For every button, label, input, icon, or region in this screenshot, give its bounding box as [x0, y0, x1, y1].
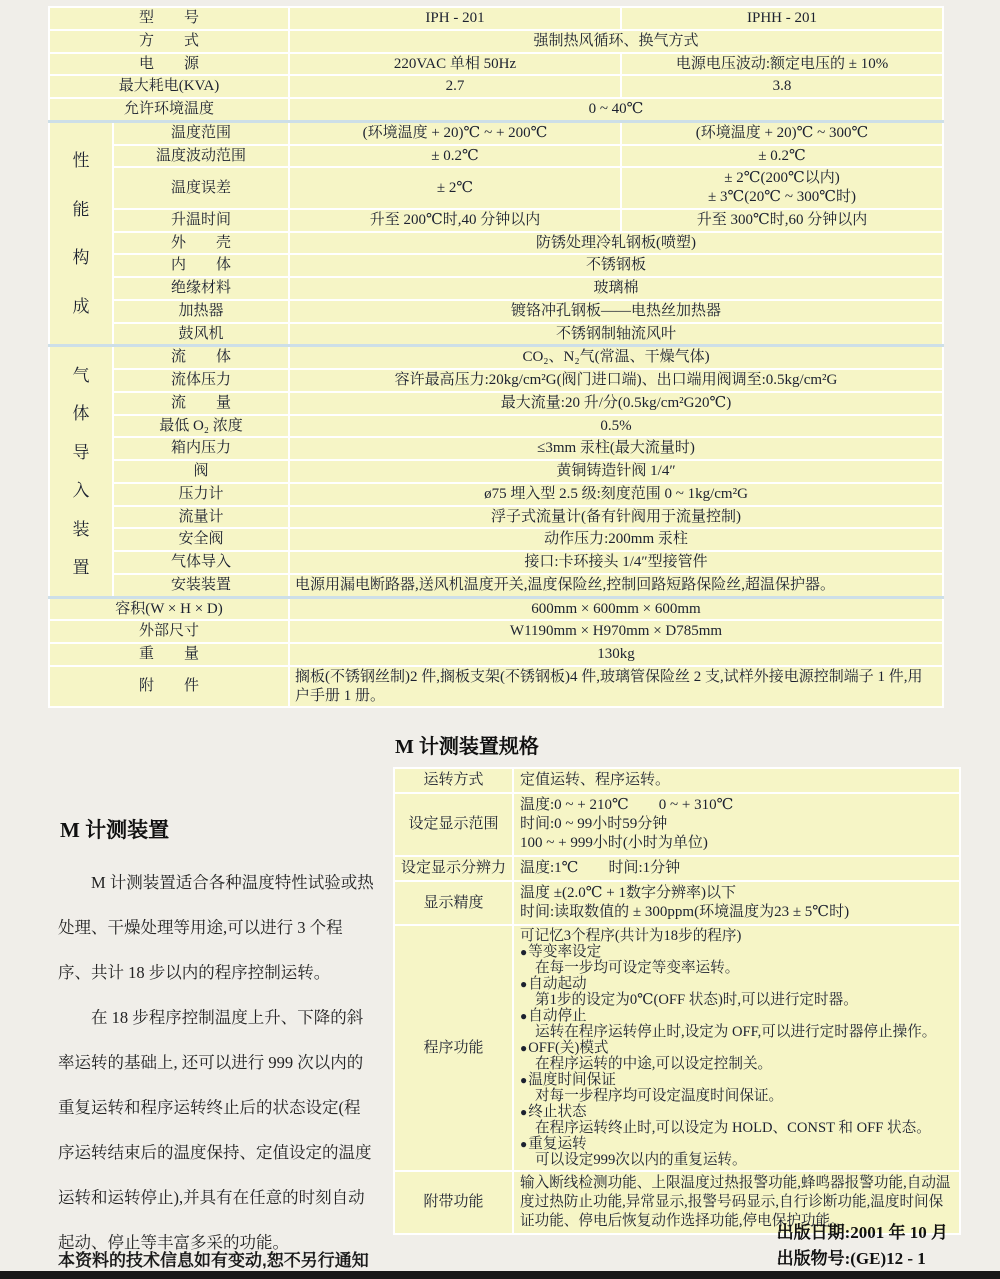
- row-label: 流 量: [113, 392, 289, 415]
- spec-row-fluid: 气 体 导 入 装 置 流 体 CO₂、N₂气(常温、干燥气体): [49, 346, 943, 369]
- spec-row-ambient: 允许环境温度 0 ~ 40℃: [49, 98, 943, 121]
- group-label-performance: 性 能 构 成: [49, 121, 113, 346]
- row-label: 显示精度: [394, 881, 513, 925]
- spec-row-safety-valve: 安全阀 动作压力:200mm 汞柱: [49, 528, 943, 551]
- row-label: 升温时间: [113, 209, 289, 232]
- row-label: 安全阀: [113, 528, 289, 551]
- row-label: 允许环境温度: [49, 98, 289, 121]
- m-spec-title: M 计测装置规格: [395, 730, 959, 759]
- row-value-iphh: 电源电压波动:额定电压的 ± 10%: [621, 53, 943, 76]
- spec-row-model: 型 号 IPH - 201 IPHH - 201: [49, 7, 943, 30]
- row-label: 外 壳: [113, 232, 289, 255]
- m-row-program: 程序功能 可记忆3个程序(共计为18步的程序) ●等变率设定 在每一步均可设定等…: [394, 925, 960, 1171]
- spec-table: 型 号 IPH - 201 IPHH - 201 方 式 强制热风循环、换气方式…: [48, 6, 944, 708]
- row-value-iphh: IPHH - 201: [621, 7, 943, 30]
- group-label-gas-intro: 气 体 导 入 装 置: [49, 346, 113, 597]
- middle-section: M 计测装置 M 计测装置适合各种温度特性试验或热处理、干燥处理等用途,可以进行…: [58, 728, 1000, 1265]
- row-value: 强制热风循环、换气方式: [289, 30, 943, 53]
- footer-note: 本资料的技术信息如有变动,恕不另行通知: [58, 1246, 369, 1271]
- spec-row-power: 电 源 220VAC 单相 50Hz 电源电压波动:额定电压的 ± 10%: [49, 53, 943, 76]
- row-label: 最低 O₂ 浓度: [113, 415, 289, 438]
- m-row-set-range: 设定显示范围 温度:0 ~ + 210℃ 0 ~ + 310℃ 时间:0 ~ 9…: [394, 793, 960, 856]
- m-spec-table: 运转方式 定值运转、程序运转。 设定显示范围 温度:0 ~ + 210℃ 0 ~…: [393, 767, 961, 1235]
- spec-row-temp-range: 性 能 构 成 温度范围 (环境温度 + 20)℃ ~ + 200℃ (环境温度…: [49, 121, 943, 144]
- row-value: 温度:0 ~ + 210℃ 0 ~ + 310℃ 时间:0 ~ 99小时59分钟…: [513, 793, 960, 856]
- row-value-iphh: 升至 300℃时,60 分钟以内: [621, 209, 943, 232]
- spec-row-fluid-pressure: 流体压力 容许最高压力:20kg/cm²G(阀门进口端)、出口端用阀调至:0.5…: [49, 369, 943, 392]
- row-value: W1190mm × H970mm × D785mm: [289, 620, 943, 643]
- spec-row-weight: 重 量 130kg: [49, 643, 943, 666]
- row-value: 动作压力:200mm 汞柱: [289, 528, 943, 551]
- row-value-iphh: ± 2℃(200℃以内) ± 3℃(20℃ ~ 300℃时): [621, 167, 943, 209]
- intro-column: M 计测装置 M 计测装置适合各种温度特性试验或热处理、干燥处理等用途,可以进行…: [58, 728, 374, 1265]
- row-value-iphh: ± 0.2℃: [621, 145, 943, 168]
- row-value-iph: 220VAC 单相 50Hz: [289, 53, 621, 76]
- row-label: 流体压力: [113, 369, 289, 392]
- row-label: 运转方式: [394, 768, 513, 793]
- row-value: 不锈钢制轴流风叶: [289, 323, 943, 346]
- row-value-iph: 2.7: [289, 75, 621, 98]
- bullet-icon: ●: [520, 945, 527, 959]
- spec-row-insulation: 绝缘材料 玻璃棉: [49, 277, 943, 300]
- row-label: 最大耗电(KVA): [49, 75, 289, 98]
- row-value-iph: (环境温度 + 20)℃ ~ + 200℃: [289, 121, 621, 144]
- bullet-icon: ●: [520, 1041, 527, 1055]
- row-label: 流 体: [113, 346, 289, 369]
- spec-row-heater: 加热器 镀铬冲孔钢板——电热丝加热器: [49, 300, 943, 323]
- row-label: 阀: [113, 460, 289, 483]
- program-feature: ●温度时间保证 对每一步程序均可设定温度时间保证。: [520, 1072, 953, 1104]
- row-value: 容许最高压力:20kg/cm²G(阀门进口端)、出口端用阀调至:0.5kg/cm…: [289, 369, 943, 392]
- row-value: 镀铬冲孔钢板——电热丝加热器: [289, 300, 943, 323]
- publication-info: 出版日期:2001 年 10 月 出版物号:(GE)12 - 1: [777, 1220, 948, 1272]
- spec-row-o2: 最低 O₂ 浓度 0.5%: [49, 415, 943, 438]
- row-value-iph: ± 2℃: [289, 167, 621, 209]
- row-value-iph: 升至 200℃时,40 分钟以内: [289, 209, 621, 232]
- row-value: 防锈处理冷轧钢板(喷塑): [289, 232, 943, 255]
- bullet-icon: ●: [520, 1073, 527, 1087]
- spec-row-pressure-gauge: 压力计 ø75 埋入型 2.5 级:刻度范围 0 ~ 1kg/cm²G: [49, 483, 943, 506]
- m-row-resolution: 设定显示分辨力 温度:1℃ 时间:1分钟: [394, 856, 960, 881]
- row-label: 设定显示范围: [394, 793, 513, 856]
- row-value: 最大流量:20 升/分(0.5kg/cm²G20℃): [289, 392, 943, 415]
- row-value-iphh: 3.8: [621, 75, 943, 98]
- row-value-iphh: (环境温度 + 20)℃ ~ 300℃: [621, 121, 943, 144]
- spec-row-volume: 容积(W × H × D) 600mm × 600mm × 600mm: [49, 597, 943, 620]
- row-value: 浮子式流量计(备有针阀用于流量控制): [289, 506, 943, 529]
- row-label: 外部尺寸: [49, 620, 289, 643]
- row-value: ø75 埋入型 2.5 级:刻度范围 0 ~ 1kg/cm²G: [289, 483, 943, 506]
- spec-row-blower: 鼓风机 不锈钢制轴流风叶: [49, 323, 943, 346]
- row-label: 气体导入: [113, 551, 289, 574]
- row-value: 温度:1℃ 时间:1分钟: [513, 856, 960, 881]
- row-value: 0 ~ 40℃: [289, 98, 943, 121]
- intro-paragraph-1: M 计测装置适合各种温度特性试验或热处理、干燥处理等用途,可以进行 3 个程序、…: [58, 860, 374, 995]
- spec-row-outer-dim: 外部尺寸 W1190mm × H970mm × D785mm: [49, 620, 943, 643]
- row-label: 重 量: [49, 643, 289, 666]
- bullet-icon: ●: [520, 1009, 527, 1023]
- spec-row-install: 安装装置 电源用漏电断路器,送风机温度开关,温度保险丝,控制回路短路保险丝,超温…: [49, 574, 943, 597]
- spec-row-box-pressure: 箱内压力 ≤3mm 汞柱(最大流量时): [49, 437, 943, 460]
- row-value: 可记忆3个程序(共计为18步的程序) ●等变率设定 在每一步均可设定等变率运转。…: [513, 925, 960, 1171]
- row-label: 型 号: [49, 7, 289, 30]
- program-feature: ●重复运转 可以设定999次以内的重复运转。: [520, 1136, 953, 1168]
- row-label: 附 件: [49, 666, 289, 708]
- m-spec-column: M 计测装置规格 运转方式 定值运转、程序运转。 设定显示范围 温度:0 ~ +…: [393, 728, 959, 1235]
- row-value: 不锈钢板: [289, 254, 943, 277]
- row-label: 方 式: [49, 30, 289, 53]
- program-feature: ●等变率设定 在每一步均可设定等变率运转。: [520, 944, 953, 976]
- spec-row-valve: 阀 黄铜铸造针阀 1/4″: [49, 460, 943, 483]
- row-label: 加热器: [113, 300, 289, 323]
- spec-row-temp-fluct: 温度波动范围 ± 0.2℃ ± 0.2℃: [49, 145, 943, 168]
- spec-row-gas-inlet: 气体导入 接口:卡环接头 1/4″型接管件: [49, 551, 943, 574]
- row-value: CO₂、N₂气(常温、干燥气体): [289, 346, 943, 369]
- row-label: 安装装置: [113, 574, 289, 597]
- row-label: 箱内压力: [113, 437, 289, 460]
- spec-row-inner: 内 体 不锈钢板: [49, 254, 943, 277]
- publication-number: 出版物号:(GE)12 - 1: [777, 1246, 948, 1272]
- row-value: 玻璃棉: [289, 277, 943, 300]
- group-label-performance-text: 性 能 构 成: [50, 123, 112, 345]
- row-value: 搁板(不锈钢丝制)2 件,搁板支架(不锈钢板)4 件,玻璃管保险丝 2 支,试样…: [289, 666, 943, 708]
- row-value: 定值运转、程序运转。: [513, 768, 960, 793]
- program-feature: ●自动停止 运转在程序运转停止时,设定为 OFF,可以进行定时器停止操作。: [520, 1008, 953, 1040]
- row-label: 温度波动范围: [113, 145, 289, 168]
- spec-row-max-power: 最大耗电(KVA) 2.7 3.8: [49, 75, 943, 98]
- program-feature: ●自动起动 第1步的设定为0℃(OFF 状态)时,可以进行定时器。: [520, 976, 953, 1008]
- bottom-edge-bar: [0, 1271, 1000, 1279]
- program-feature: ●OFF(关)模式 在程序运转的中途,可以设定控制关。: [520, 1040, 953, 1072]
- bullet-icon: ●: [520, 1137, 527, 1151]
- page-footer: 本资料的技术信息如有变动,恕不另行通知 出版日期:2001 年 10 月 出版物…: [58, 1220, 948, 1272]
- program-feature: ●终止状态 在程序运转终止时,可以设定为 HOLD、CONST 和 OFF 状态…: [520, 1104, 953, 1136]
- row-value: 黄铜铸造针阀 1/4″: [289, 460, 943, 483]
- group-label-gas-intro-text: 气 体 导 入 装 置: [50, 347, 112, 595]
- row-label: 电 源: [49, 53, 289, 76]
- spec-row-heatup: 升温时间 升至 200℃时,40 分钟以内 升至 300℃时,60 分钟以内: [49, 209, 943, 232]
- row-value: 电源用漏电断路器,送风机温度开关,温度保险丝,控制回路短路保险丝,超温保护器。: [289, 574, 943, 597]
- spec-row-accessories: 附 件 搁板(不锈钢丝制)2 件,搁板支架(不锈钢板)4 件,玻璃管保险丝 2 …: [49, 666, 943, 708]
- row-value: 接口:卡环接头 1/4″型接管件: [289, 551, 943, 574]
- row-label: 内 体: [113, 254, 289, 277]
- row-label: 鼓风机: [113, 323, 289, 346]
- m-row-operation: 运转方式 定值运转、程序运转。: [394, 768, 960, 793]
- row-label: 流量计: [113, 506, 289, 529]
- spec-row-flow: 流 量 最大流量:20 升/分(0.5kg/cm²G20℃): [49, 392, 943, 415]
- row-value: ≤3mm 汞柱(最大流量时): [289, 437, 943, 460]
- spec-row-temp-err: 温度误差 ± 2℃ ± 2℃(200℃以内) ± 3℃(20℃ ~ 300℃时): [49, 167, 943, 209]
- row-label: 温度范围: [113, 121, 289, 144]
- row-label: 设定显示分辨力: [394, 856, 513, 881]
- row-value-iph: ± 0.2℃: [289, 145, 621, 168]
- row-value: 130kg: [289, 643, 943, 666]
- spec-row-shell: 外 壳 防锈处理冷轧钢板(喷塑): [49, 232, 943, 255]
- row-value: 600mm × 600mm × 600mm: [289, 597, 943, 620]
- intro-heading: M 计测装置: [60, 814, 374, 844]
- bullet-icon: ●: [520, 977, 527, 991]
- bullet-icon: ●: [520, 1105, 527, 1119]
- row-value-iph: IPH - 201: [289, 7, 621, 30]
- row-label: 压力计: [113, 483, 289, 506]
- spec-row-method: 方 式 强制热风循环、换气方式: [49, 30, 943, 53]
- publication-date: 出版日期:2001 年 10 月: [777, 1220, 948, 1246]
- row-label: 温度误差: [113, 167, 289, 209]
- row-label: 程序功能: [394, 925, 513, 1171]
- row-label: 容积(W × H × D): [49, 597, 289, 620]
- row-label: 绝缘材料: [113, 277, 289, 300]
- row-value: 温度 ±(2.0℃ + 1数字分辨率)以下 时间:读取数值的 ± 300ppm(…: [513, 881, 960, 925]
- m-row-accuracy: 显示精度 温度 ±(2.0℃ + 1数字分辨率)以下 时间:读取数值的 ± 30…: [394, 881, 960, 925]
- spec-row-flow-meter: 流量计 浮子式流量计(备有针阀用于流量控制): [49, 506, 943, 529]
- row-value: 0.5%: [289, 415, 943, 438]
